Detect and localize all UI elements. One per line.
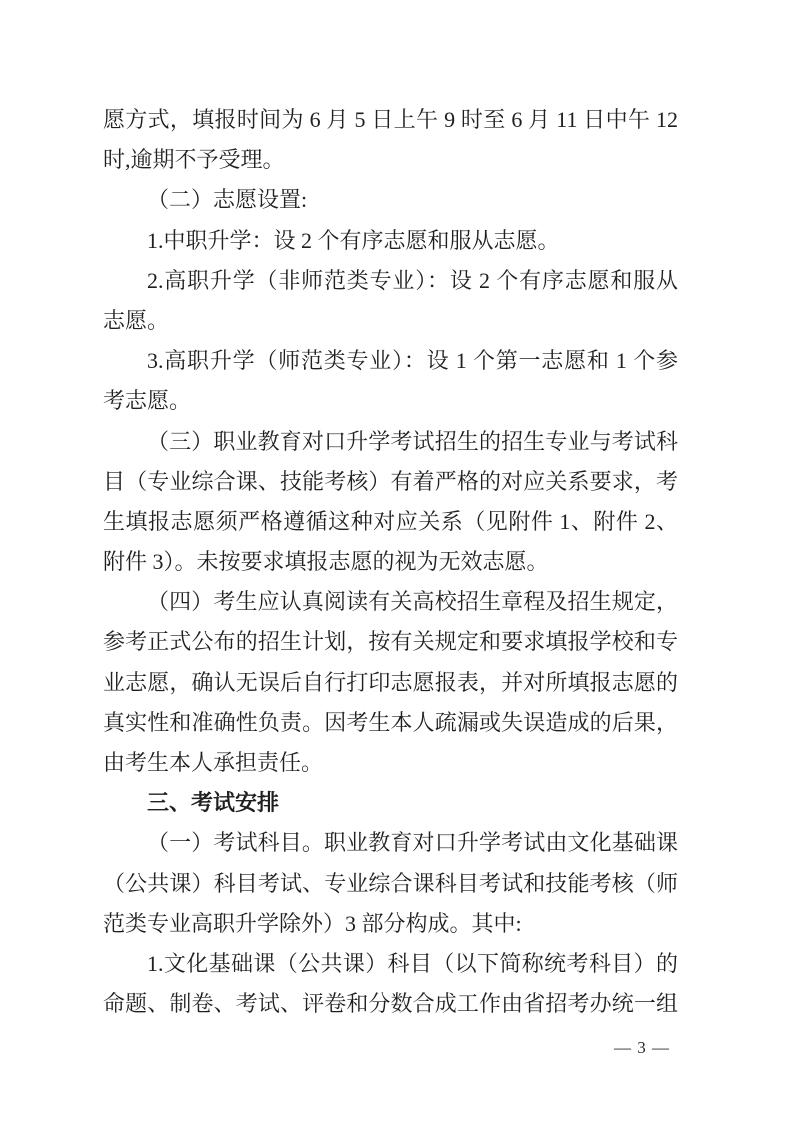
- text-line: 参考正式公布的招生计划，按有关规定和要求填报学校和专: [103, 622, 678, 662]
- text-line: 真实性和准确性负责。因考生本人疏漏或失误造成的后果，: [103, 703, 678, 743]
- text-line: 愿方式，填报时间为 6 月 5 日上午 9 时至 6 月 11 日中午 12: [103, 100, 678, 140]
- list-item: 2.高职升学（非师范类专业）：设 2 个有序志愿和服从: [103, 261, 678, 301]
- text-line: 生填报志愿须严格遵循这种对应关系（见附件 1、附件 2、: [103, 502, 678, 542]
- text-line: 业志愿，确认无误后自行打印志愿报表，并对所填报志愿的: [103, 663, 678, 703]
- text-line: （四）考生应认真阅读有关高校招生章程及招生规定，: [103, 582, 678, 622]
- text-line: 范类专业高职升学除外）3 部分构成。其中:: [103, 904, 678, 944]
- document-body: 愿方式，填报时间为 6 月 5 日上午 9 时至 6 月 11 日中午 12 时…: [103, 100, 678, 1024]
- text-line: 志愿。: [103, 301, 678, 341]
- text-line: 命题、制卷、考试、评卷和分数合成工作由省招考办统一组: [103, 984, 678, 1024]
- page-number: — 3 —: [614, 1038, 670, 1058]
- text-line: 附件 3）。未按要求填报志愿的视为无效志愿。: [103, 542, 678, 582]
- text-line: （三）职业教育对口升学考试招生的招生专业与考试科: [103, 422, 678, 462]
- text-line: 目（专业综合课、技能考核）有着严格的对应关系要求，考: [103, 462, 678, 502]
- subsection-heading-volunteer-setup: （二）志愿设置:: [103, 180, 678, 220]
- text-line: （一）考试科目。职业教育对口升学考试由文化基础课: [103, 823, 678, 863]
- section-heading-exam-arrangement: 三、考试安排: [103, 783, 678, 823]
- text-line: 考志愿。: [103, 381, 678, 421]
- list-item: 1.中职升学：设 2 个有序志愿和服从志愿。: [103, 221, 678, 261]
- list-item: 3.高职升学（师范类专业）：设 1 个第一志愿和 1 个参: [103, 341, 678, 381]
- text-line: 时,逾期不予受理。: [103, 140, 678, 180]
- list-item: 1.文化基础课（公共课）科目（以下简称统考科目）的: [103, 944, 678, 984]
- document-page: 愿方式，填报时间为 6 月 5 日上午 9 时至 6 月 11 日中午 12 时…: [0, 0, 794, 1123]
- text-line: 由考生本人承担责任。: [103, 743, 678, 783]
- text-line: （公共课）科目考试、专业综合课科目考试和技能考核（师: [103, 864, 678, 904]
